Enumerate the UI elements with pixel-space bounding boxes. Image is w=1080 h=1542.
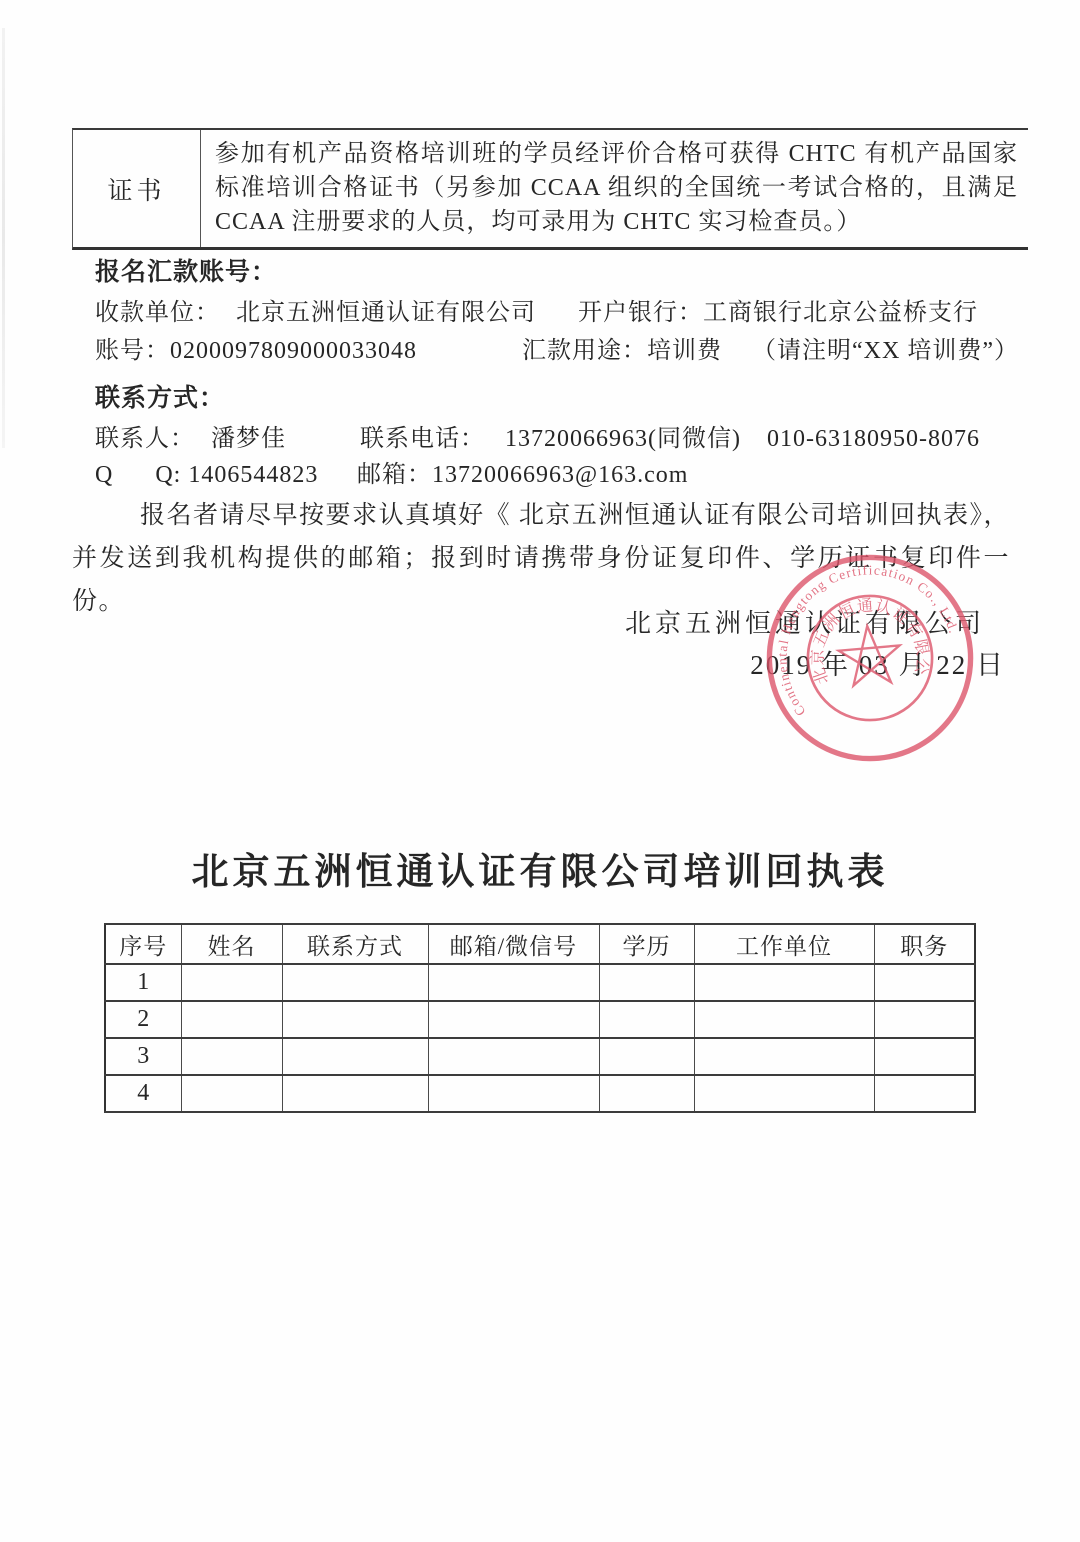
contact-person-name: 潘梦佳 (211, 426, 286, 452)
row-index: 1 (105, 964, 181, 1001)
scan-edge-artifact (2, 28, 5, 448)
payee-label: 收款单位： (95, 300, 220, 326)
empty-cell (874, 1075, 975, 1112)
col-header-position: 职务 (874, 924, 975, 964)
empty-cell (181, 1001, 282, 1038)
col-header-employer: 工作单位 (694, 924, 874, 964)
purpose-segment: 汇款用途：培训费（请注明“XX 培训费”） (522, 330, 1019, 365)
account-segment: 账号：0200097809000033048 (95, 330, 522, 365)
empty-cell (282, 1001, 428, 1038)
certificate-label: 证书 (107, 171, 165, 207)
purpose-value: 培训费 (647, 338, 722, 364)
contact-phone-value: 13720066963(同微信) (505, 426, 741, 452)
contact-line-2: Q Q: 1406544823邮箱：13720066963@163.com (95, 454, 1010, 489)
certificate-table: 证书 参加有机产品资格培训班的学员经评价合格可获得 CHTC 有机产品国家标准培… (72, 128, 1028, 250)
empty-cell (282, 1038, 428, 1075)
row-index: 2 (105, 1001, 181, 1038)
account-value: 0200097809000033048 (170, 338, 417, 364)
contact-person-label: 联系人： (95, 426, 195, 452)
form-header-row: 序号 姓名 联系方式 邮箱/微信号 学历 工作单位 职务 (105, 924, 975, 964)
form-row-3: 3 (105, 1038, 975, 1075)
empty-cell (428, 1075, 599, 1112)
empty-cell (694, 1075, 874, 1112)
contact-heading: 联系方式： (95, 378, 225, 414)
contact-phone-value2: 010-63180950-8076 (767, 426, 980, 452)
empty-cell (874, 1038, 975, 1075)
empty-cell (428, 1038, 599, 1075)
remittance-line-2: 账号：0200097809000033048汇款用途：培训费（请注明“XX 培训… (95, 330, 1010, 365)
contact-line-1: 联系人：潘梦佳联系电话：13720066963(同微信)010-63180950… (95, 418, 1010, 453)
contact-person-segment: 联系人：潘梦佳 (95, 418, 360, 453)
contact-phone-label: 联系电话： (360, 426, 485, 452)
row-index: 4 (105, 1075, 181, 1112)
empty-cell (599, 964, 694, 1001)
contact-email-label: 邮箱： (357, 462, 432, 488)
empty-cell (428, 1001, 599, 1038)
contact-phone-segment: 联系电话：13720066963(同微信)010-63180950-8076 (360, 418, 980, 453)
col-header-contact: 联系方式 (282, 924, 428, 964)
empty-cell (282, 1075, 428, 1112)
empty-cell (694, 1001, 874, 1038)
empty-cell (874, 1001, 975, 1038)
empty-cell (694, 964, 874, 1001)
signature-date: 2019 年 03 月 22 日 (750, 643, 1005, 682)
col-header-index: 序号 (105, 924, 181, 964)
form-row-4: 4 (105, 1075, 975, 1112)
payee-value: 北京五洲恒通认证有限公司 (236, 300, 536, 326)
contact-email-segment: 邮箱：13720066963@163.com (357, 454, 688, 489)
row-index: 3 (105, 1038, 181, 1075)
empty-cell (599, 1001, 694, 1038)
purpose-note: （请注明“XX 培训费”） (752, 338, 1019, 364)
empty-cell (694, 1038, 874, 1075)
empty-cell (599, 1038, 694, 1075)
document-page: 证书 参加有机产品资格培训班的学员经评价合格可获得 CHTC 有机产品国家标准培… (0, 0, 1080, 1542)
empty-cell (181, 1038, 282, 1075)
col-header-education: 学历 (599, 924, 694, 964)
remittance-heading: 报名汇款账号： (95, 252, 277, 288)
col-header-email-wechat: 邮箱/微信号 (428, 924, 599, 964)
remittance-line-1: 收款单位：北京五洲恒通认证有限公司开户银行：工商银行北京公益桥支行 (95, 292, 1010, 327)
empty-cell (874, 964, 975, 1001)
empty-cell (181, 964, 282, 1001)
contact-email-value: 13720066963@163.com (432, 462, 688, 488)
purpose-label: 汇款用途： (522, 338, 647, 364)
certificate-label-cell: 证书 (73, 130, 201, 247)
certificate-content: 参加有机产品资格培训班的学员经评价合格可获得 CHTC 有机产品国家标准培训合格… (201, 130, 1028, 247)
contact-qq: Q Q: 1406544823 (95, 462, 357, 489)
col-header-name: 姓名 (181, 924, 282, 964)
form-row-2: 2 (105, 1001, 975, 1038)
account-label: 账号： (95, 338, 170, 364)
empty-cell (181, 1075, 282, 1112)
bank-segment: 开户银行：工商银行北京公益桥支行 (578, 292, 978, 327)
bank-label: 开户银行： (578, 300, 703, 326)
empty-cell (428, 964, 599, 1001)
bank-value: 工商银行北京公益桥支行 (703, 300, 978, 326)
payee-segment: 收款单位：北京五洲恒通认证有限公司 (95, 292, 578, 327)
form-title: 北京五洲恒通认证有限公司培训回执表 (0, 841, 1080, 895)
training-receipt-table: 序号 姓名 联系方式 邮箱/微信号 学历 工作单位 职务 1 2 (104, 923, 976, 1113)
form-row-1: 1 (105, 964, 975, 1001)
empty-cell (282, 964, 428, 1001)
empty-cell (599, 1075, 694, 1112)
signature-company: 北京五洲恒通认证有限公司 (625, 603, 985, 640)
